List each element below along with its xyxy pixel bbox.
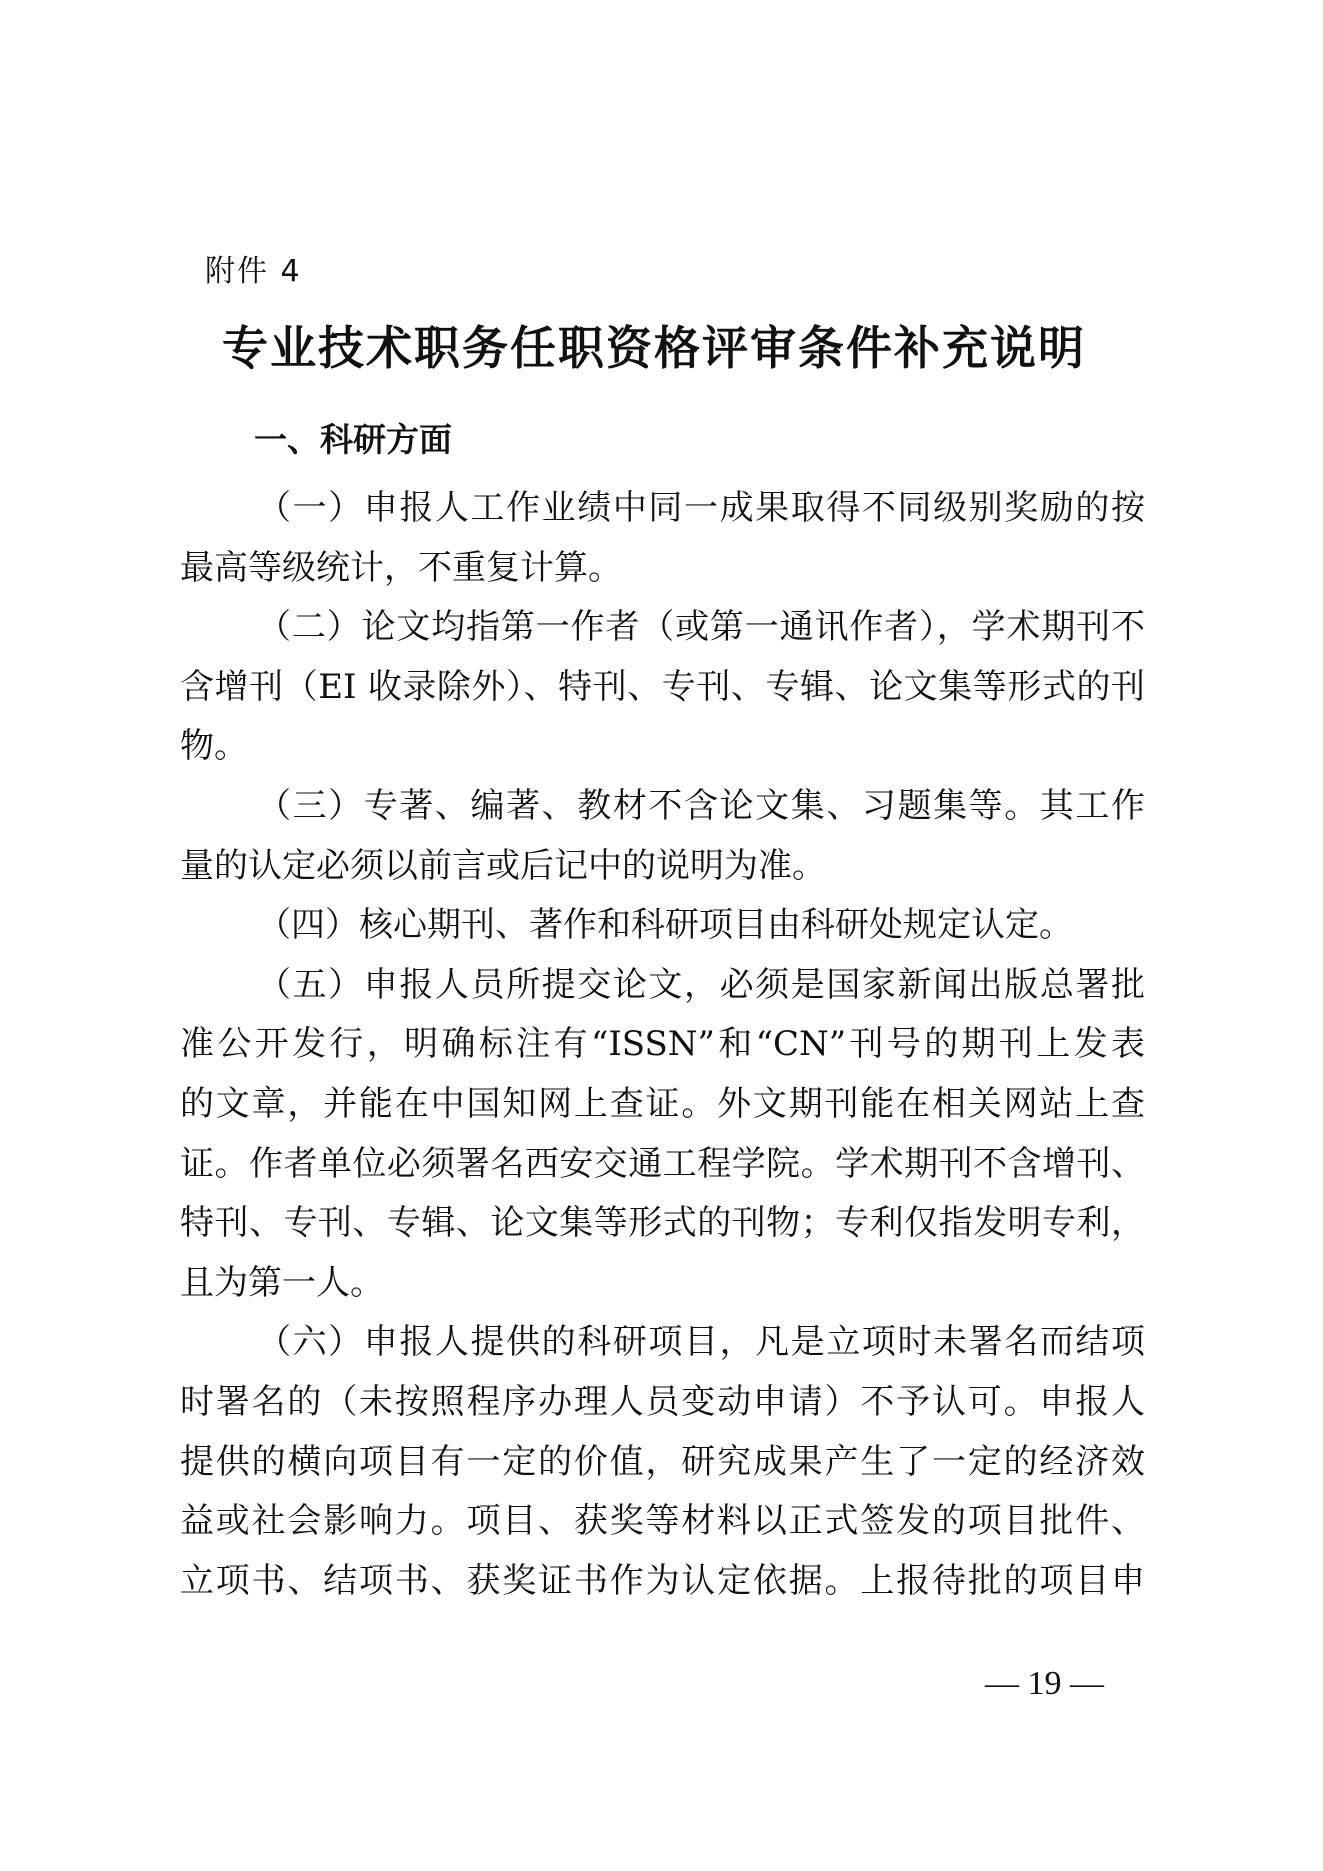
- document-title: 专业技术职务任职资格评审条件补充说明: [222, 318, 1102, 378]
- text-line: 且为第一人。: [180, 1254, 1145, 1314]
- text-line: 特刊、专刊、专辑、论文集等形式的刊物；专利仅指发明专利，: [180, 1194, 1145, 1254]
- text-line: 提供的横向项目有一定的价值，研究成果产生了一定的经济效: [180, 1433, 1145, 1493]
- text-line: 立项书、结项书、获奖证书作为认定依据。上报待批的项目申: [180, 1552, 1145, 1612]
- text-line: 准公开发行，明确标注有“ISSN”和“CN”刊号的期刊上发表: [180, 1015, 1145, 1075]
- text-line: （三）专著、编著、教材不含论文集、习题集等。其工作: [180, 777, 1145, 837]
- section-heading: 一、科研方面: [254, 418, 452, 462]
- document-page: 附件 4 专业技术职务任职资格评审条件补充说明 一、科研方面 （一）申报人工作业…: [0, 0, 1323, 1871]
- text-line: 最高等级统计，不重复计算。: [180, 539, 1145, 599]
- text-line: 的文章，并能在中国知网上查证。外文期刊能在相关网站上查: [180, 1075, 1145, 1135]
- page-number: — 19 —: [985, 1662, 1104, 1706]
- document-body: （一）申报人工作业绩中同一成果取得不同级别奖励的按最高等级统计，不重复计算。（二…: [180, 479, 1145, 1611]
- text-line: （一）申报人工作业绩中同一成果取得不同级别奖励的按: [180, 479, 1145, 539]
- text-line: 物。: [180, 717, 1145, 777]
- text-line: 益或社会影响力。项目、获奖等材料以正式签发的项目批件、: [180, 1492, 1145, 1552]
- text-line: （六）申报人提供的科研项目，凡是立项时未署名而结项: [180, 1313, 1145, 1373]
- text-line: （五）申报人员所提交论文，必须是国家新闻出版总署批: [180, 956, 1145, 1016]
- text-line: 时署名的（未按照程序办理人员变动申请）不予认可。申报人: [180, 1373, 1145, 1433]
- text-line: 含增刊（EI 收录除外）、特刊、专刊、专辑、论文集等形式的刊: [180, 658, 1145, 718]
- text-line: （四）核心期刊、著作和科研项目由科研处规定认定。: [180, 896, 1145, 956]
- text-line: 证。作者单位必须署名西安交通工程学院。学术期刊不含增刊、: [180, 1135, 1145, 1195]
- text-line: （二）论文均指第一作者（或第一通讯作者），学术期刊不: [180, 598, 1145, 658]
- text-line: 量的认定必须以前言或后记中的说明为准。: [180, 837, 1145, 897]
- attachment-label: 附件 4: [205, 252, 302, 292]
